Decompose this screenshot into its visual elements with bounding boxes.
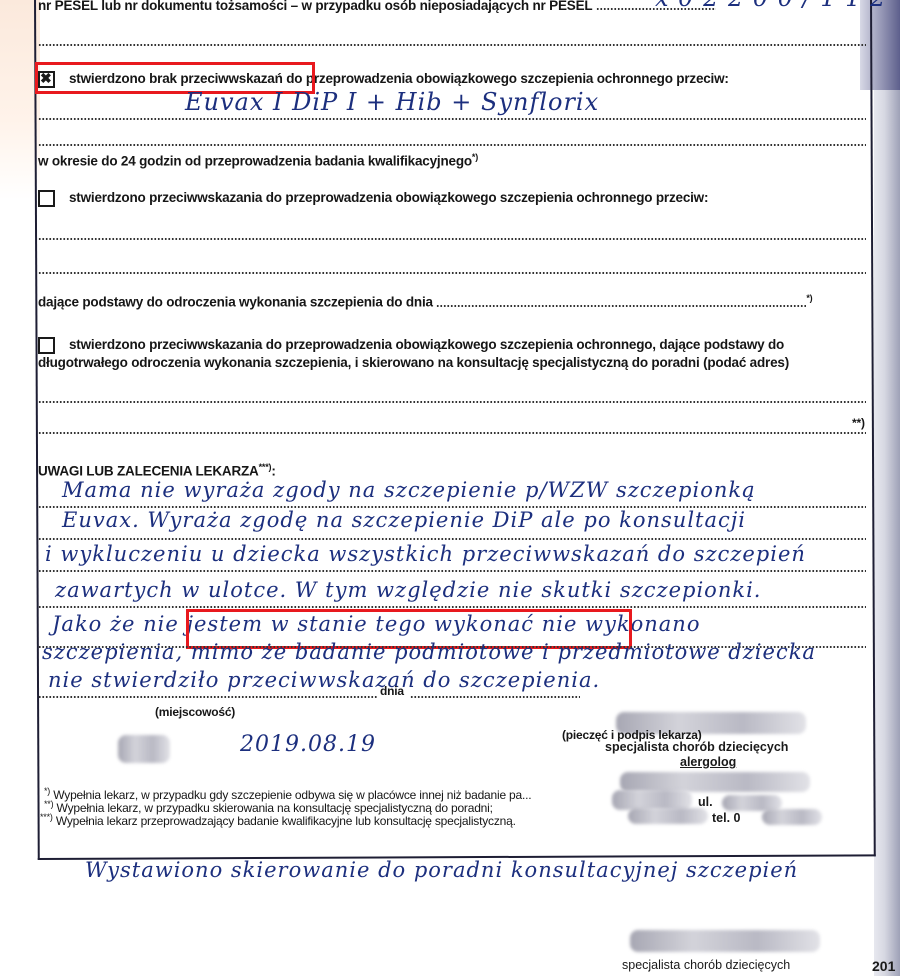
footnote-3: ***) Wypełnia lekarz przeprowadzający ba… bbox=[40, 812, 516, 828]
handwritten-date: 2019.08.19 bbox=[240, 732, 376, 757]
page-edge-shadow bbox=[874, 0, 900, 976]
place-caption: (miejscowość) bbox=[155, 705, 235, 719]
referral-note: Wystawiono skierowanie do poradni konsul… bbox=[85, 858, 798, 882]
dotted-line bbox=[38, 272, 866, 274]
dnia-label: dnia bbox=[380, 684, 404, 698]
redacted-place bbox=[118, 735, 170, 763]
redacted-stamp-org bbox=[620, 772, 810, 792]
dotted-line bbox=[38, 606, 866, 608]
stamp-line-specialist: specjalista chorób dziecięcych bbox=[605, 740, 788, 754]
footnote-mark: *) bbox=[472, 152, 478, 162]
page-fragment: 201 bbox=[872, 958, 895, 974]
stamp-phone-prefix: tel. 0 bbox=[712, 811, 741, 825]
long-term-label-line2: długotrwałego odroczenia wykonania szcze… bbox=[38, 355, 789, 370]
remarks-line-6: szczepienia, mimo że badanie podmiotowe … bbox=[42, 640, 816, 664]
place-dots bbox=[38, 696, 378, 698]
footnote-1-mark: *) bbox=[44, 786, 50, 796]
redacted-phone bbox=[762, 809, 822, 825]
remarks-heading-text: UWAGI LUB ZALECENIA LEKARZA bbox=[38, 464, 259, 479]
footnote-2-mark: **) bbox=[44, 799, 53, 809]
remarks-heading: UWAGI LUB ZALECENIA LEKARZA***): bbox=[38, 462, 276, 479]
dotted-line bbox=[38, 538, 866, 540]
stamp-line-allergist: alergolog bbox=[680, 755, 736, 769]
dotted-line bbox=[38, 432, 866, 434]
postpone-text: dające podstawy do odroczenia wykonania … bbox=[38, 293, 812, 310]
postpone-dots bbox=[436, 305, 806, 307]
redacted-stamp-address bbox=[612, 790, 692, 810]
dotted-line bbox=[38, 118, 866, 120]
footnote-mark: ***) bbox=[259, 462, 272, 472]
dotted-line bbox=[38, 401, 866, 403]
pesel-label-text: nr PESEL lub nr dokumentu tożsamości – w… bbox=[38, 0, 592, 13]
footnote-mark: *) bbox=[806, 293, 812, 303]
remarks-line-4: zawartych w ulotce. W tym względzie nie … bbox=[55, 578, 761, 602]
redacted-city bbox=[628, 808, 708, 824]
option-long-term: stwierdzono przeciwwskazania do przeprow… bbox=[38, 337, 784, 354]
remarks-heading-colon: : bbox=[271, 464, 275, 479]
footnote-3-text: Wypełnia lekarz przeprowadzający badanie… bbox=[56, 814, 516, 828]
remarks-line-1: Mama nie wyraża zgody na szczepienie p/W… bbox=[62, 478, 756, 502]
dotted-line bbox=[38, 144, 866, 146]
no-contraindications-label-rest: do przeprowadzenia obowiązkowego szczepi… bbox=[286, 71, 729, 86]
postpone-label: dające podstawy do odroczenia wykonania … bbox=[38, 295, 433, 310]
checkbox-contraindications[interactable] bbox=[38, 190, 55, 207]
period-text: w okresie do 24 godzin od przeprowadzeni… bbox=[38, 152, 478, 169]
pesel-handwritten-value: x 0 2 2 0 0 / 1 1 2 bbox=[655, 0, 886, 12]
stamp-street-prefix: ul. bbox=[698, 795, 713, 809]
remarks-line-2: Euvax. Wyraża zgodę na szczepienie DiP a… bbox=[62, 508, 746, 532]
dotted-line bbox=[38, 238, 866, 240]
dotted-line bbox=[38, 570, 866, 572]
date-dots bbox=[410, 696, 580, 698]
footnote-3-mark: ***) bbox=[40, 812, 53, 822]
vaccines-handwritten-value: Euvax I DiP I + Hib + Synflorix bbox=[185, 88, 599, 116]
dotted-line bbox=[38, 44, 866, 46]
footnote-mark: **) bbox=[852, 416, 865, 430]
remarks-line-3: i wykluczeniu u dziecka wszystkich przec… bbox=[45, 542, 806, 566]
bottom-stamp-line: specjalista chorób dziecięcych bbox=[622, 958, 790, 972]
period-text-label: w okresie do 24 godzin od przeprowadzeni… bbox=[38, 154, 472, 169]
long-term-label-line1: stwierdzono przeciwwskazania do przeprow… bbox=[69, 337, 784, 352]
checkbox-long-term[interactable] bbox=[38, 337, 55, 354]
redacted-bottom-stamp bbox=[630, 930, 820, 952]
pesel-label: nr PESEL lub nr dokumentu tożsamości – w… bbox=[38, 0, 716, 13]
option-contraindications: stwierdzono przeciwwskazania do przeprow… bbox=[38, 190, 708, 207]
remarks-line-7: nie stwierdziło przeciwwskazań do szczep… bbox=[48, 668, 600, 692]
contraindications-label: stwierdzono przeciwwskazania do przeprow… bbox=[69, 190, 708, 205]
